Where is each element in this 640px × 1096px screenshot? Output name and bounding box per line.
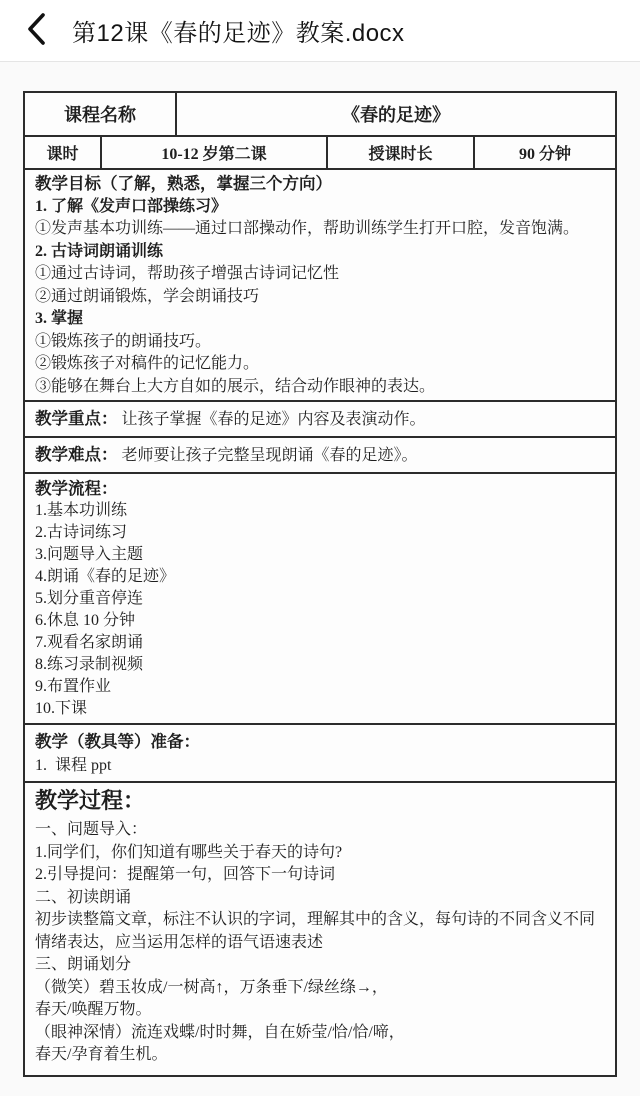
process-line: 二、初读朗诵	[35, 887, 605, 910]
flow-item: 5.划分重音停连	[35, 588, 605, 610]
flow-item: 2.古诗词练习	[35, 522, 605, 544]
objective-line: ①锻炼孩子的朗诵技巧。	[35, 331, 605, 354]
process-line: （眼神深情）流连戏蝶/时时舞，自在娇莹/恰/恰/啼，	[35, 1022, 605, 1045]
objectives-title: 教学目标（了解，熟悉，掌握三个方向）	[35, 173, 605, 196]
table-row-key-point: 教学重点： 让孩子掌握《春的足迹》内容及表演动作。	[25, 402, 615, 438]
session-label: 课时	[25, 137, 102, 168]
objective-line: 1. 了解《发声口部操练习》	[35, 196, 605, 219]
table-row-flow: 教学流程： 1.基本功训练 2.古诗词练习 3.问题导入主题 4.朗诵《春的足迹…	[25, 474, 615, 725]
process-line: 初步读整篇文章，标注不认识的字词，理解其中的含义，每句诗的不同含义不同情绪表达，…	[35, 909, 605, 954]
preparation-item: 1. 课程 ppt	[35, 754, 605, 777]
back-button[interactable]	[14, 9, 58, 53]
key-point-text: 让孩子掌握《春的足迹》内容及表演动作。	[122, 411, 426, 428]
objective-line: ②锻炼孩子对稿件的记忆能力。	[35, 353, 605, 376]
process-line: 春天/唤醒万物。	[35, 999, 605, 1022]
objective-line: ②通过朗诵锻炼，学会朗诵技巧	[35, 286, 605, 309]
duration-value: 90 分钟	[475, 137, 615, 168]
duration-label: 授课时长	[328, 137, 475, 168]
document-viewer: 课程名称 《春的足迹》 课时 10-12 岁第二课 授课时长 90 分钟 教学目…	[0, 62, 640, 1077]
difficult-point-label: 教学难点：	[35, 445, 118, 464]
table-row-preparation: 教学（教具等）准备： 1. 课程 ppt	[25, 725, 615, 783]
flow-item: 8.练习录制视频	[35, 654, 605, 676]
process-line: 1.同学们，你们知道有哪些关于春天的诗句?	[35, 842, 605, 865]
objective-line: 3. 掌握	[35, 308, 605, 331]
objective-line: 2. 古诗词朗诵训练	[35, 241, 605, 264]
process-line: 2.引导提问：提醒第一句，回答下一句诗词	[35, 864, 605, 887]
objective-line: ①发声基本功训练——通过口部操动作，帮助训练学生打开口腔，发音饱满。	[35, 218, 605, 241]
chevron-left-icon	[25, 12, 47, 49]
process-line: （微笑）碧玉妆成/一树高↑，万条垂下/绿丝绦→，	[35, 977, 605, 1000]
flow-item: 1.基本功训练	[35, 500, 605, 522]
process-line: 一、问题导入：	[35, 819, 605, 842]
preparation-title: 教学（教具等）准备：	[35, 730, 605, 754]
objective-line: ③能够在舞台上大方自如的展示，结合动作眼神的表达。	[35, 376, 605, 399]
app-header: 第12课《春的足迹》教案.docx	[0, 0, 640, 62]
course-name-value: 《春的足迹》	[177, 93, 615, 135]
lesson-plan-table: 课程名称 《春的足迹》 课时 10-12 岁第二课 授课时长 90 分钟 教学目…	[23, 91, 617, 1077]
objective-line: ①通过古诗词，帮助孩子增强古诗词记忆性	[35, 263, 605, 286]
document-title: 第12课《春的足迹》教案.docx	[72, 13, 405, 48]
course-name-label: 课程名称	[25, 93, 177, 135]
flow-item: 4.朗诵《春的足迹》	[35, 566, 605, 588]
flow-item: 7.观看名家朗诵	[35, 632, 605, 654]
process-line: 春天/孕育着生机。	[35, 1044, 605, 1067]
table-row-session: 课时 10-12 岁第二课 授课时长 90 分钟	[25, 137, 615, 170]
table-row-objectives: 教学目标（了解，熟悉，掌握三个方向） 1. 了解《发声口部操练习》 ①发声基本功…	[25, 170, 615, 402]
table-row-process: 教学过程： 一、问题导入： 1.同学们，你们知道有哪些关于春天的诗句? 2.引导…	[25, 783, 615, 1075]
flow-item: 6.休息 10 分钟	[35, 610, 605, 632]
table-row-course: 课程名称 《春的足迹》	[25, 93, 615, 137]
process-line: 三、朗诵划分	[35, 954, 605, 977]
session-value: 10-12 岁第二课	[102, 137, 328, 168]
key-point-label: 教学重点：	[35, 409, 118, 428]
flow-item: 3.问题导入主题	[35, 544, 605, 566]
flow-item: 10.下课	[35, 698, 605, 720]
table-row-difficult-point: 教学难点： 老师要让孩子完整呈现朗诵《春的足迹》。	[25, 438, 615, 474]
difficult-point-text: 老师要让孩子完整呈现朗诵《春的足迹》。	[122, 447, 418, 464]
process-title: 教学过程：	[35, 787, 605, 815]
flow-title: 教学流程：	[35, 478, 605, 500]
flow-item: 9.布置作业	[35, 676, 605, 698]
